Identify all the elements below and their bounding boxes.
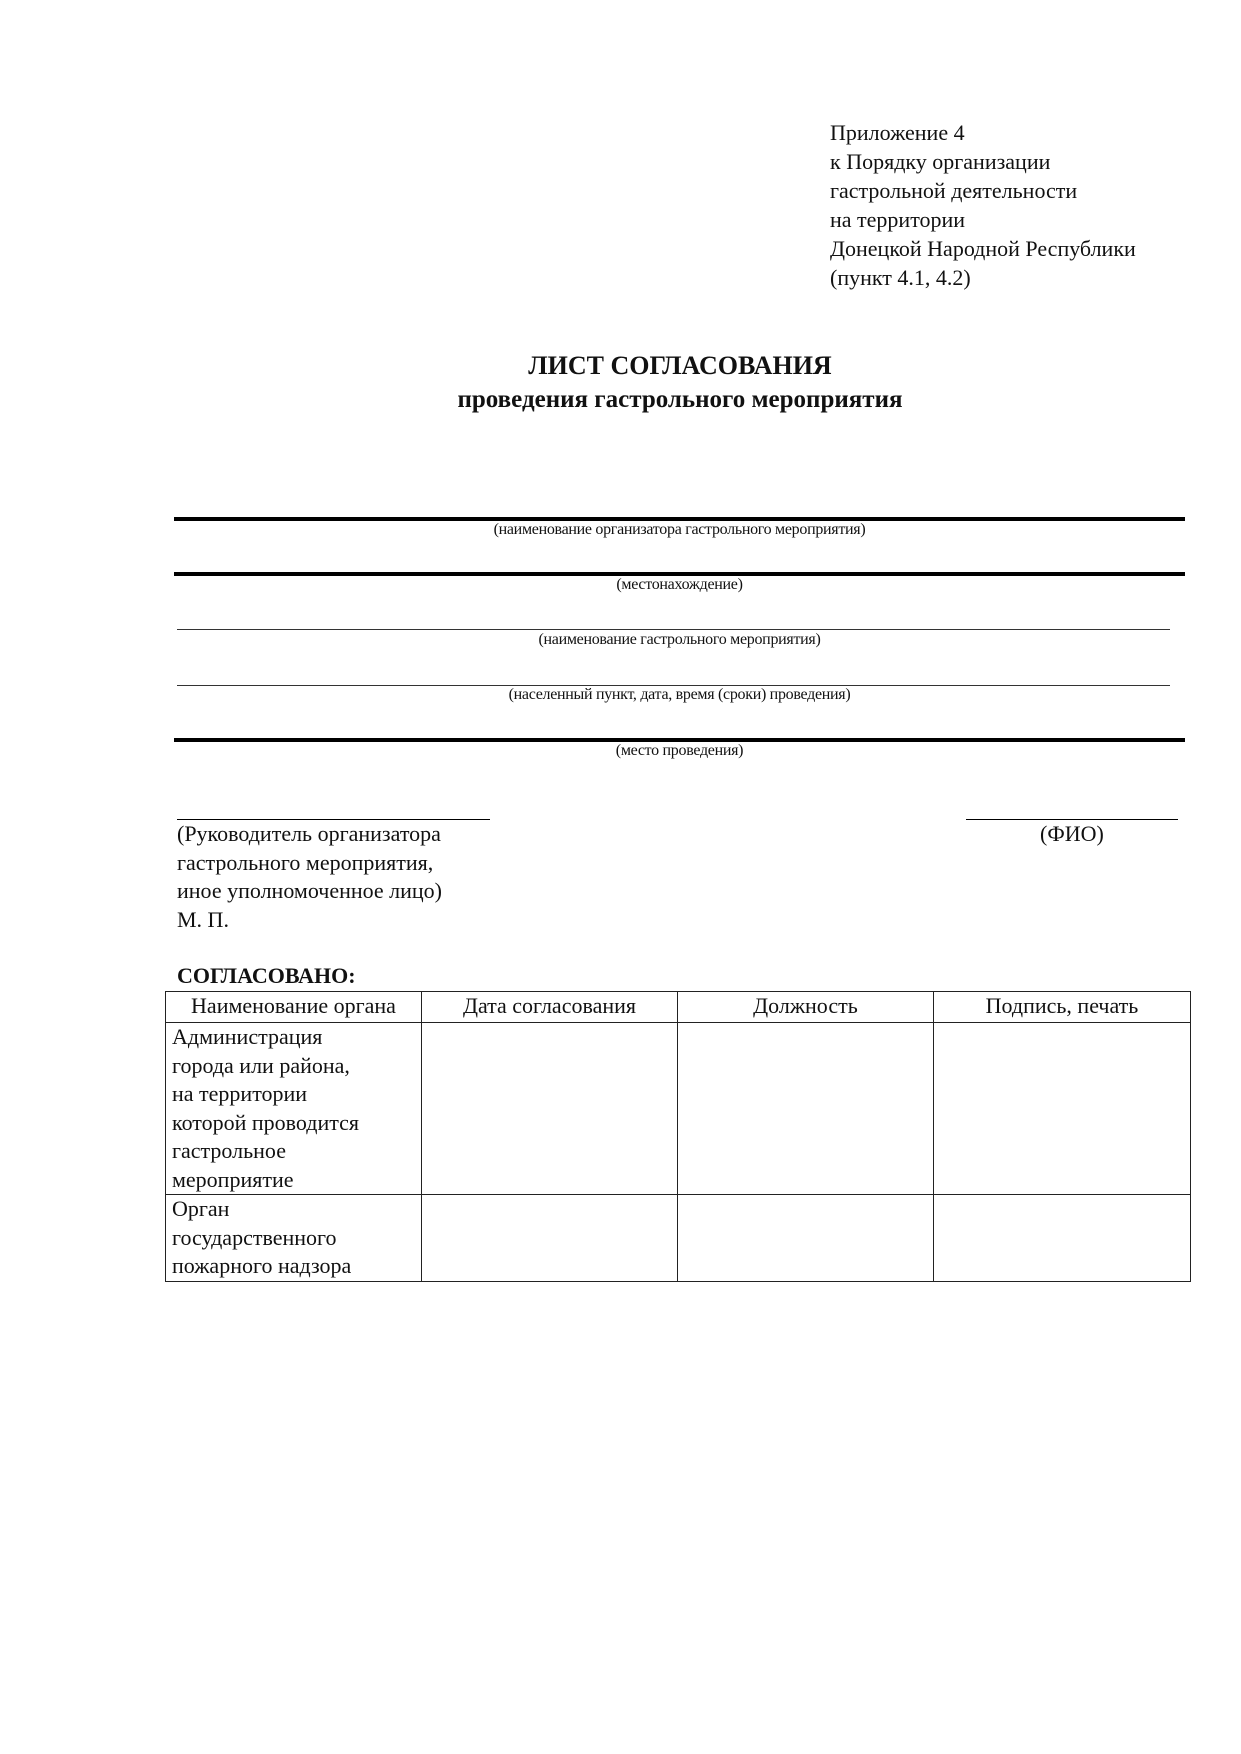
organ-name-line: на территории — [172, 1080, 415, 1109]
column-header-organ: Наименование органа — [166, 992, 422, 1023]
signatory-line: гастрольного мероприятия, — [177, 849, 442, 878]
organ-name-line: государственного — [172, 1224, 415, 1253]
organ-name-line: пожарного надзора — [172, 1252, 415, 1281]
position-cell[interactable] — [677, 1195, 933, 1282]
field-caption-organizer: (наименование организатора гастрольного … — [174, 521, 1185, 539]
table-header-row: Наименование органа Дата согласования До… — [166, 992, 1191, 1023]
appendix-line: Донецкой Народной Республики — [830, 234, 1136, 263]
approval-table: Наименование органа Дата согласования До… — [165, 991, 1191, 1282]
fio-label: (ФИО) — [1040, 820, 1104, 849]
approval-date-cell[interactable] — [421, 1195, 677, 1282]
organ-name-line: Орган — [172, 1195, 415, 1224]
field-caption-event-name: (наименование гастрольного мероприятия) — [174, 631, 1185, 649]
appendix-line: на территории — [830, 205, 1136, 234]
approval-date-cell[interactable] — [421, 1023, 677, 1195]
signatory-label: (Руководитель организатора гастрольного … — [177, 820, 442, 934]
organ-name-cell: Администрация города или района, на терр… — [166, 1023, 422, 1195]
organ-name-line: которой проводится — [172, 1109, 415, 1138]
organ-name-cell: Орган государственного пожарного надзора — [166, 1195, 422, 1282]
appendix-line: (пункт 4.1, 4.2) — [830, 263, 1136, 292]
organ-name-line: гастрольное — [172, 1137, 415, 1166]
field-caption-venue: (место проведения) — [174, 742, 1185, 760]
appendix-line: гастрольной деятельности — [830, 176, 1136, 205]
table-row: Администрация города или района, на терр… — [166, 1023, 1191, 1195]
organ-name-line: мероприятие — [172, 1166, 415, 1195]
field-caption-place-date-time: (населенный пункт, дата, время (сроки) п… — [174, 686, 1185, 704]
field-line-event-name[interactable] — [177, 629, 1170, 630]
organ-name-line: Администрация — [172, 1023, 415, 1052]
position-cell[interactable] — [677, 1023, 933, 1195]
signature-stamp-cell[interactable] — [933, 1195, 1190, 1282]
stamp-place-label: М. П. — [177, 906, 442, 935]
organ-name-line: города или района, — [172, 1052, 415, 1081]
signatory-line: (Руководитель организатора — [177, 820, 442, 849]
appendix-line: к Порядку организации — [830, 147, 1136, 176]
column-header-position: Должность — [677, 992, 933, 1023]
appendix-reference: Приложение 4 к Порядку организации гастр… — [830, 118, 1136, 292]
document-subtitle: проведения гастрольного мероприятия — [0, 386, 1241, 414]
document-title: ЛИСТ СОГЛАСОВАНИЯ — [0, 351, 1241, 381]
field-caption-location: (местонахождение) — [174, 576, 1185, 594]
column-header-signature: Подпись, печать — [933, 992, 1190, 1023]
appendix-line: Приложение 4 — [830, 118, 1136, 147]
signature-stamp-cell[interactable] — [933, 1023, 1190, 1195]
table-row: Орган государственного пожарного надзора — [166, 1195, 1191, 1282]
approval-heading: СОГЛАСОВАНО: — [177, 963, 356, 989]
signatory-line: иное уполномоченное лицо) — [177, 877, 442, 906]
column-header-date: Дата согласования — [421, 992, 677, 1023]
